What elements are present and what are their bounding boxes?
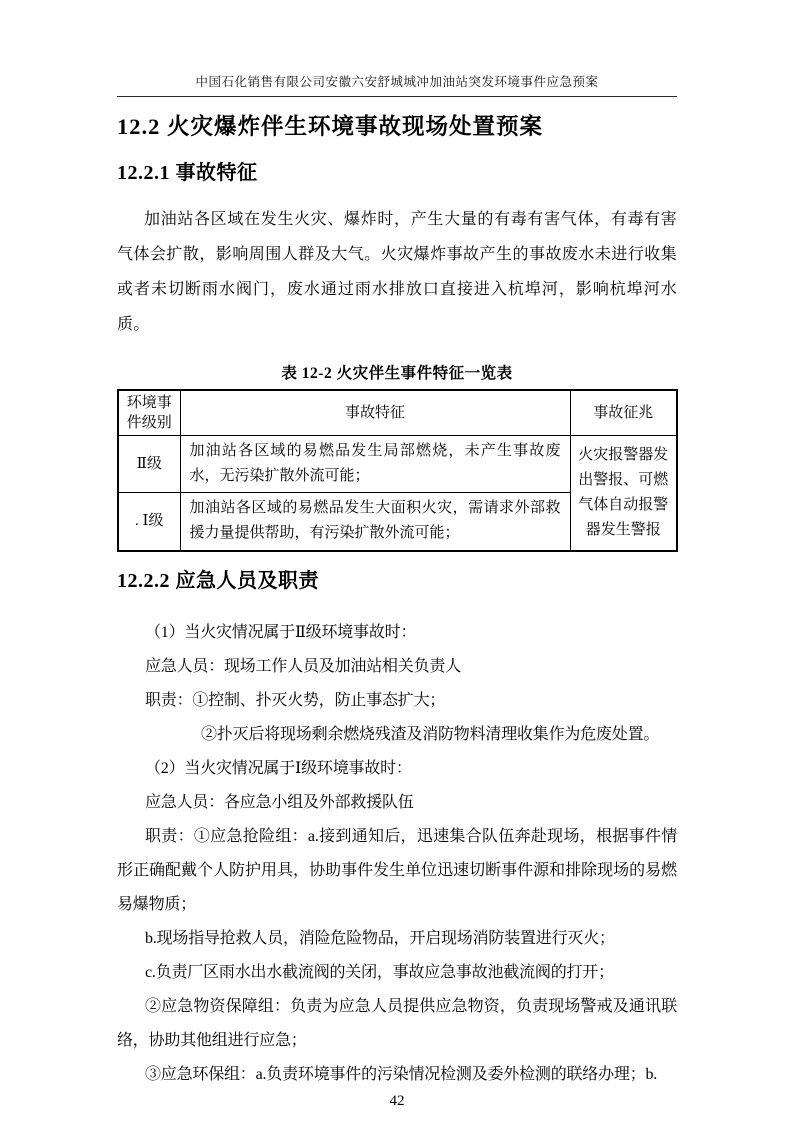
column-header-omen: 事故征兆 [570, 390, 677, 436]
list-item: ②扑灭后将现场剩余燃烧残渣及消防物料清理收集作为危废处置。 [117, 718, 677, 752]
list-item: c.负责厂区雨水出水截流阀的关闭，事故应急事故池截流阀的打开； [117, 956, 677, 990]
list-item: （2）当火灾情况属于Ⅰ级环境事故时： [117, 752, 677, 786]
section-title: 12.2 火灾爆炸伴生环境事故现场处置预案 [117, 112, 677, 142]
level-cell: . Ⅰ级 [118, 493, 180, 551]
page-header: 中国石化销售有限公司安徽六安舒城城冲加油站突发环境事件应急预案 [117, 74, 677, 97]
incident-features-paragraph: 加油站各区域在发生火灾、爆炸时，产生大量的有毒有害气体，有毒有害气体会扩散，影响… [117, 202, 677, 342]
list-item: 职责：①控制、扑灭火势，防止事态扩大； [117, 684, 677, 718]
list-item: ②应急物资保障组：负责为应急人员提供应急物资，负责现场警戒及通讯联络，协助其他组… [117, 990, 677, 1058]
list-item: 应急人员：现场工作人员及加油站相关负责人 [117, 650, 677, 684]
feature-cell: 加油站各区域的易燃品发生局部燃烧，未产生事故废水，无污染扩散外流可能； [180, 436, 570, 493]
subsection-title-emergency-staff: 12.2.2 应急人员及职责 [117, 567, 677, 595]
table-row: Ⅱ级 加油站各区域的易燃品发生局部燃烧，未产生事故废水，无污染扩散外流可能； 火… [118, 436, 677, 493]
page-number: 42 [117, 1092, 677, 1110]
subsection-title-incident-features: 12.2.1 事故特征 [117, 159, 677, 187]
column-header-level: 环境事件级别 [118, 390, 180, 436]
document-page: 中国石化销售有限公司安徽六安舒城城冲加油站突发环境事件应急预案 12.2 火灾爆… [0, 0, 793, 1122]
table-header-row: 环境事件级别 事故特征 事故征兆 [118, 390, 677, 436]
omen-cell: 火灾报警器发出警报、可燃气体自动报警器发生警报 [570, 436, 677, 551]
list-item: （1）当火灾情况属于Ⅱ级环境事故时： [117, 616, 677, 650]
column-header-feature: 事故特征 [180, 390, 570, 436]
emergency-duty-list: （1）当火灾情况属于Ⅱ级环境事故时： 应急人员：现场工作人员及加油站相关负责人 … [117, 616, 677, 1092]
feature-cell: 加油站各区域的易燃品发生大面积火灾，需请求外部救援力量提供帮助，有污染扩散外流可… [180, 493, 570, 551]
list-item: 职责：①应急抢险组：a.接到通知后，迅速集合队伍奔赴现场，根据事件情形正确配戴个… [117, 820, 677, 922]
page-header-text: 中国石化销售有限公司安徽六安舒城城冲加油站突发环境事件应急预案 [195, 75, 598, 89]
fire-event-feature-table: 环境事件级别 事故特征 事故征兆 Ⅱ级 加油站各区域的易燃品发生局部燃烧，未产生… [117, 389, 678, 552]
level-cell: Ⅱ级 [118, 436, 180, 493]
table-caption: 表 12-2 火灾伴生事件特征一览表 [117, 363, 677, 385]
list-item: b.现场指导抢救人员，消险危险物品，开启现场消防装置进行灭火； [117, 922, 677, 956]
list-item: 应急人员：各应急小组及外部救援队伍 [117, 786, 677, 820]
list-item: ③应急环保组：a.负责环境事件的污染情况检测及委外检测的联络办理；b. [117, 1058, 677, 1092]
